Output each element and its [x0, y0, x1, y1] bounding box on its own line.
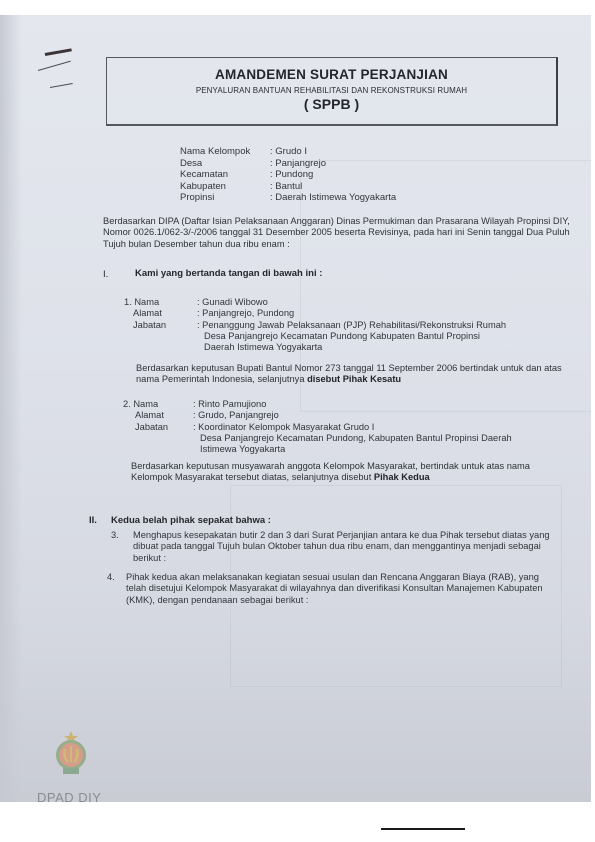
- section-number: II.: [89, 515, 97, 526]
- info-value: Bantul: [270, 181, 302, 193]
- info-row: Nama KelompokGrudo I: [180, 146, 396, 158]
- section-heading: Kami yang bertanda tangan di bawah ini :: [135, 268, 322, 279]
- party-name: Rinto Pamujiono: [193, 399, 266, 410]
- basis-text: Berdasarkan keputusan musyawarah anggota…: [131, 461, 530, 482]
- party-address: Grudo, Panjangrejo: [193, 410, 279, 421]
- clause-number: 3.: [111, 530, 133, 564]
- info-row: KabupatenBantul: [180, 181, 396, 193]
- info-row: DesaPanjangrejo: [180, 158, 396, 170]
- clause-text: Menghapus kesepakatan butir 2 dan 3 dari…: [133, 530, 563, 564]
- document-title: AMANDEMEN SURAT PERJANJIAN: [107, 67, 556, 82]
- info-label: Nama Kelompok: [180, 146, 270, 158]
- group-info: Nama KelompokGrudo I DesaPanjangrejo Kec…: [180, 146, 396, 204]
- crest-logo-icon: [50, 730, 92, 776]
- section-number: I.: [103, 269, 108, 280]
- document-subtitle: PENYALURAN BANTUAN REHABILITASI DAN REKO…: [107, 86, 556, 95]
- info-value: Grudo I: [270, 146, 307, 158]
- footer-rule: [381, 828, 465, 830]
- info-label: Kecamatan: [180, 169, 270, 181]
- party-position: Penanggung Jawab Pelaksanaan (PJP) Rehab…: [197, 320, 506, 331]
- position-label: Jabatan: [123, 422, 193, 433]
- pen-mark: [38, 61, 71, 71]
- document-code: ( SPPB ): [107, 96, 556, 112]
- party-position-cont: Daerah Istimewa Yogyakarta: [124, 342, 544, 353]
- clause-item: 4. Pihak kedua akan melaksanakan kegiata…: [107, 572, 556, 606]
- intro-paragraph: Berdasarkan DIPA (Daftar Isian Pelaksana…: [103, 216, 593, 250]
- info-value: Daerah Istimewa Yogyakarta: [270, 192, 396, 204]
- info-row: PropinsiDaerah Istimewa Yogyakarta: [180, 192, 396, 204]
- info-label: Kabupaten: [180, 181, 270, 193]
- document-header: AMANDEMEN SURAT PERJANJIAN PENYALURAN BA…: [106, 57, 558, 126]
- party-two: 2. NamaRinto Pamujiono AlamatGrudo, Panj…: [123, 399, 543, 455]
- party-designation: Pihak Kedua: [374, 472, 430, 482]
- address-label: Alamat: [123, 410, 193, 421]
- name-label: 1. Nama: [124, 297, 197, 308]
- info-value: Panjangrejo: [270, 158, 326, 170]
- party-one-basis: Berdasarkan keputusan Bupati Bantul Nomo…: [136, 363, 576, 386]
- info-label: Propinsi: [180, 192, 270, 204]
- pen-mark: [50, 83, 73, 88]
- party-designation: disebut Pihak Kesatu: [307, 374, 401, 384]
- pen-mark: [45, 48, 72, 56]
- address-label: Alamat: [124, 308, 197, 319]
- info-value: Pundong: [270, 169, 313, 181]
- party-position-cont: Istimewa Yogyakarta: [123, 444, 543, 455]
- name-label: 2. Nama: [123, 399, 193, 410]
- clause-number: 4.: [107, 572, 126, 606]
- position-label: Jabatan: [124, 320, 197, 331]
- party-one: 1. NamaGunadi Wibowo AlamatPanjangrejo, …: [124, 297, 544, 353]
- section-heading: Kedua belah pihak sepakat bahwa :: [111, 515, 271, 526]
- party-address: Panjangrejo, Pundong: [197, 308, 294, 319]
- party-position: Koordinator Kelompok Masyarakat Grudo I: [193, 422, 374, 433]
- party-name: Gunadi Wibowo: [197, 297, 268, 308]
- party-position-cont: Desa Panjangrejo Kecamatan Pundong Kabup…: [124, 331, 544, 342]
- info-row: KecamatanPundong: [180, 169, 396, 181]
- clause-item: 3. Menghapus kesepakatan butir 2 dan 3 d…: [111, 530, 563, 564]
- party-position-cont: Desa Panjangrejo Kecamatan Pundong, Kabu…: [123, 433, 543, 444]
- watermark-text: DPAD DIY: [37, 790, 101, 805]
- info-label: Desa: [180, 158, 270, 170]
- party-two-basis: Berdasarkan keputusan musyawarah anggota…: [131, 461, 571, 484]
- clause-text: Pihak kedua akan melaksanakan kegiatan s…: [126, 572, 556, 606]
